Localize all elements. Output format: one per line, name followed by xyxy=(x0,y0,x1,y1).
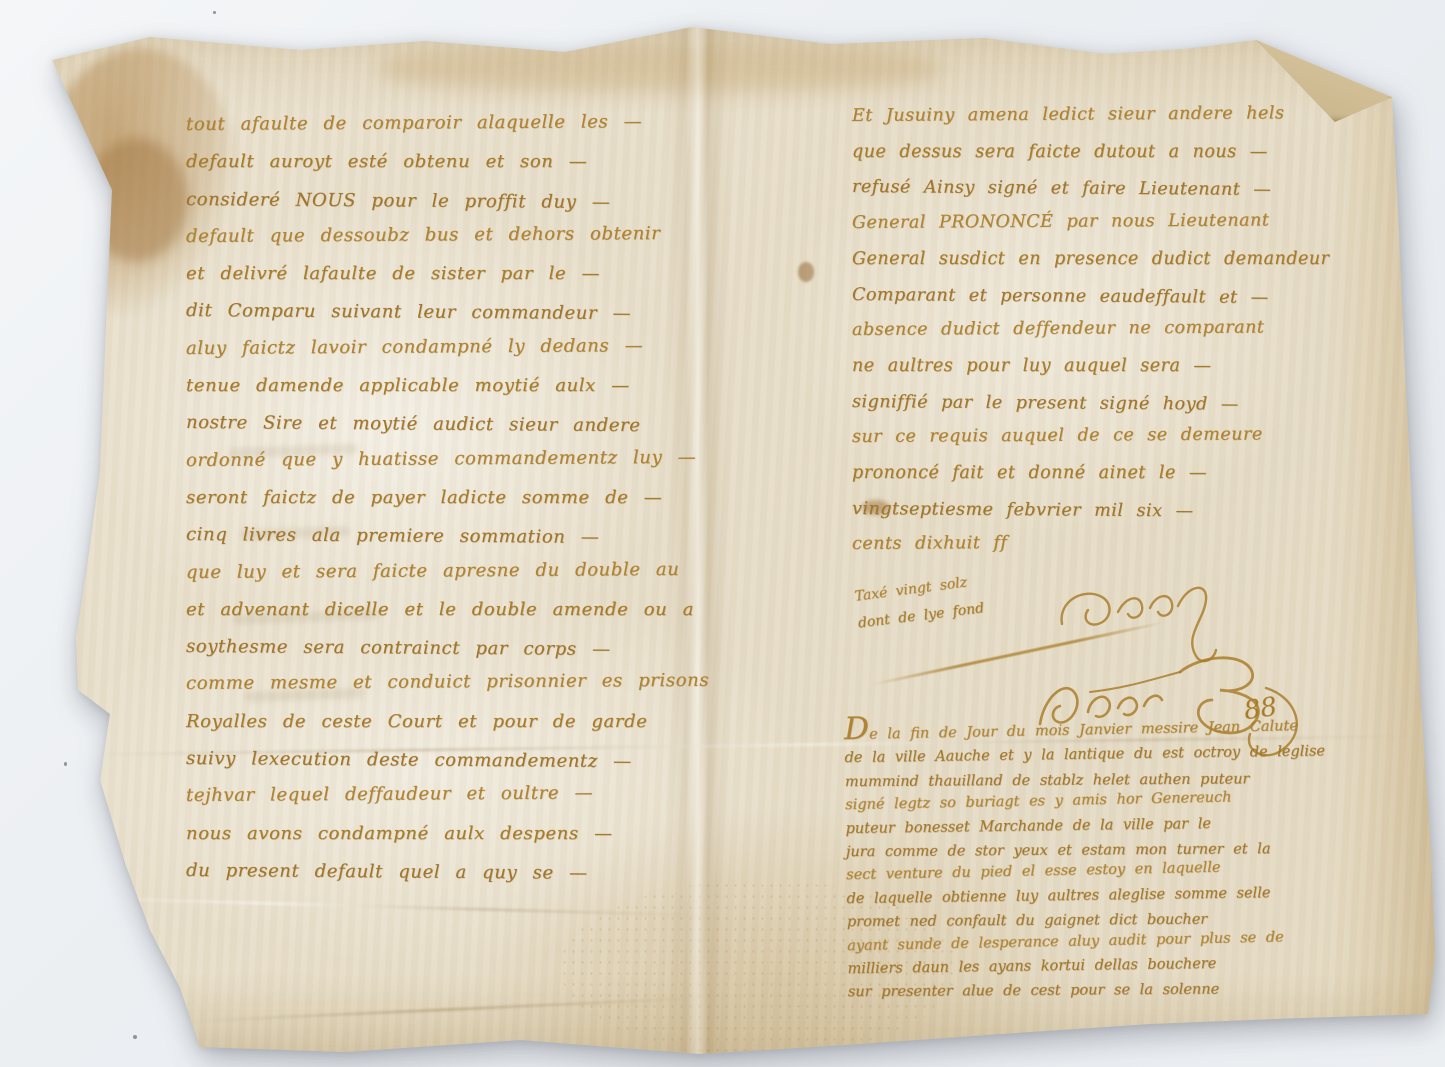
script-line: aluy faictz lavoir condampné ly dedans — xyxy=(186,327,678,367)
script-line: ordonné que y huatisse commandementz luy… xyxy=(186,439,678,479)
script-line: et delivré lafaulte de sister par le — xyxy=(186,255,678,292)
script-line: du present default quel a quy se — xyxy=(186,852,678,893)
right-page-text: Et Jusuiny amena ledict sieur andere hel… xyxy=(852,99,1372,563)
script-line: sur presenter alue de cest pour se la so… xyxy=(848,977,1445,1005)
stain xyxy=(380,46,940,92)
left-page-text: tout afaulte de comparoir alaquelle les … xyxy=(186,106,678,889)
script-line: tejhvar lequel deffaudeur et oultre — xyxy=(186,774,678,814)
script-line: que dessus sera faicte dutout a nous — xyxy=(852,135,1372,171)
manuscript-photo: tout afaulte de comparoir alaquelle les … xyxy=(0,0,1445,1067)
script-line: default que dessoubz bus et dehors obten… xyxy=(186,215,678,255)
ink-spot xyxy=(798,262,814,282)
script-line: ne aultres pour luy auquel sera — xyxy=(852,349,1372,385)
script-line: seront faictz de payer ladicte somme de … xyxy=(186,479,678,516)
script-line: sur ce requis auquel de ce se demeure xyxy=(852,417,1372,456)
script-line: General susdict en presence dudict deman… xyxy=(852,242,1372,278)
script-line: prononcé fait et donné ainet le — xyxy=(852,456,1372,492)
script-line: absence dudict deffendeur ne comparant xyxy=(852,310,1372,349)
script-line: tenue damende applicable moytié aulx — xyxy=(186,367,678,404)
script-line: et advenant dicelle et le double amende … xyxy=(186,591,678,628)
script-line: Et Jusuiny amena ledict sieur andere hel… xyxy=(852,96,1372,135)
script-line: nous avons condampné aulx despens — xyxy=(186,815,678,852)
parchment-wrap: tout afaulte de comparoir alaquelle les … xyxy=(0,0,1445,1067)
stain xyxy=(84,138,188,262)
script-line: comme mesme et conduict prisonnier es pr… xyxy=(186,662,678,702)
parchment-sheet: tout afaulte de comparoir alaquelle les … xyxy=(0,0,1445,1067)
lower-paragraph-text: De la fin de Jour du mois Janvier messir… xyxy=(844,710,1445,1005)
script-line: default auroyt esté obtenu et son — xyxy=(186,143,678,180)
script-line: Royalles de ceste Court et pour de garde xyxy=(186,703,678,740)
script-line: General PRONONCÉ par nous Lieutenant xyxy=(852,203,1372,242)
script-line: cents dixhuit ff xyxy=(852,524,1372,563)
script-line: que luy et sera faicte apresne du double… xyxy=(186,551,678,591)
script-line: tout afaulte de comparoir alaquelle les … xyxy=(186,103,678,143)
